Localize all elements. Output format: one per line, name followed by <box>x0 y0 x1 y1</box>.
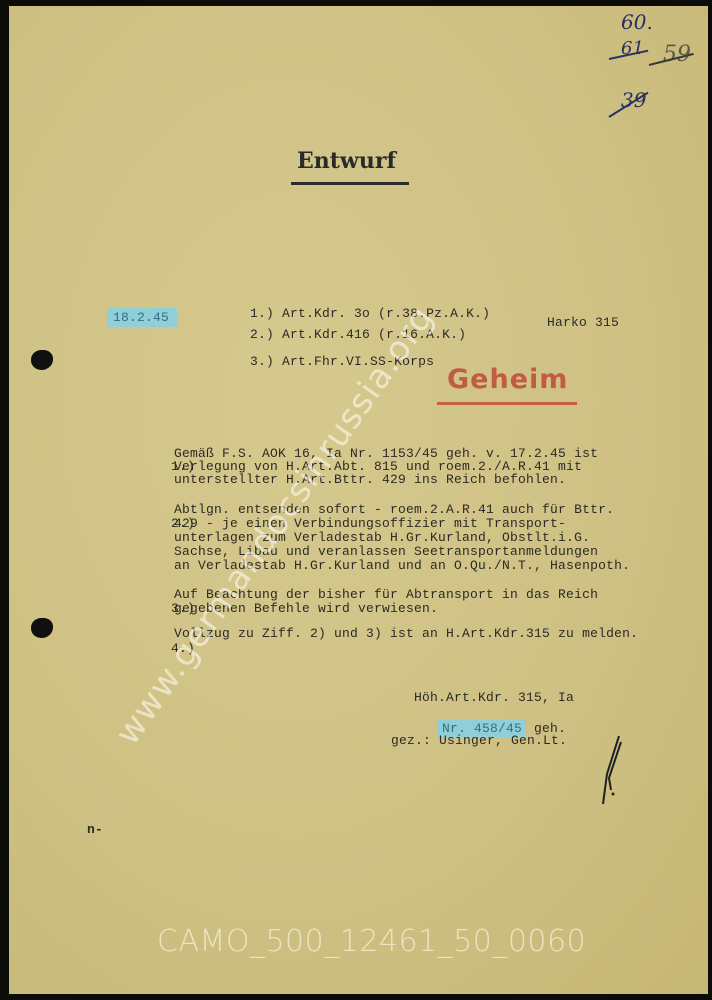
recipient-num: 3.) <box>250 354 274 369</box>
title-underline <box>291 182 409 185</box>
classification-stamp: Geheim <box>447 364 568 395</box>
body-item-4-text: Vollzug zu Ziff. 2) und 3) ist an H.Art.… <box>174 626 638 641</box>
sender: Harko 315 <box>547 315 619 330</box>
date-highlight: 18.2.45 <box>107 308 177 327</box>
document-title: Entwurf <box>297 148 396 174</box>
punch-hole-top <box>31 350 53 370</box>
margin-note: n- <box>87 822 103 837</box>
body-item-1-text: Gemäß F.S. AOK 16, Ia Nr. 1153/45 geh. v… <box>174 447 598 486</box>
document-page: 60. 61 59 39 Entwurf 18.2.45 1.) Art.Kdr… <box>9 6 708 994</box>
signature-office: Höh.Art.Kdr. 315, Ia <box>414 690 574 705</box>
page-number-current: 60. <box>621 10 653 34</box>
text-line: 429 - je einen Verbindungsoffizier mit T… <box>174 517 630 531</box>
archive-id: CAMO_500_12461_50_0060 <box>157 924 586 959</box>
text-line: Abtlgn. entsenden sofort - roem.2.A.R.41… <box>174 503 630 517</box>
punch-hole-bottom <box>31 618 53 638</box>
text-line: Vollzug zu Ziff. 2) und 3) ist an H.Art.… <box>174 626 638 641</box>
text-line: unterstellter H.Art.Bttr. 429 ins Reich … <box>174 473 598 486</box>
stamp-underline <box>437 402 577 405</box>
signature-signed: gez.: Usinger, Gen.Lt. <box>391 733 567 748</box>
pen-signature-icon <box>599 734 629 814</box>
